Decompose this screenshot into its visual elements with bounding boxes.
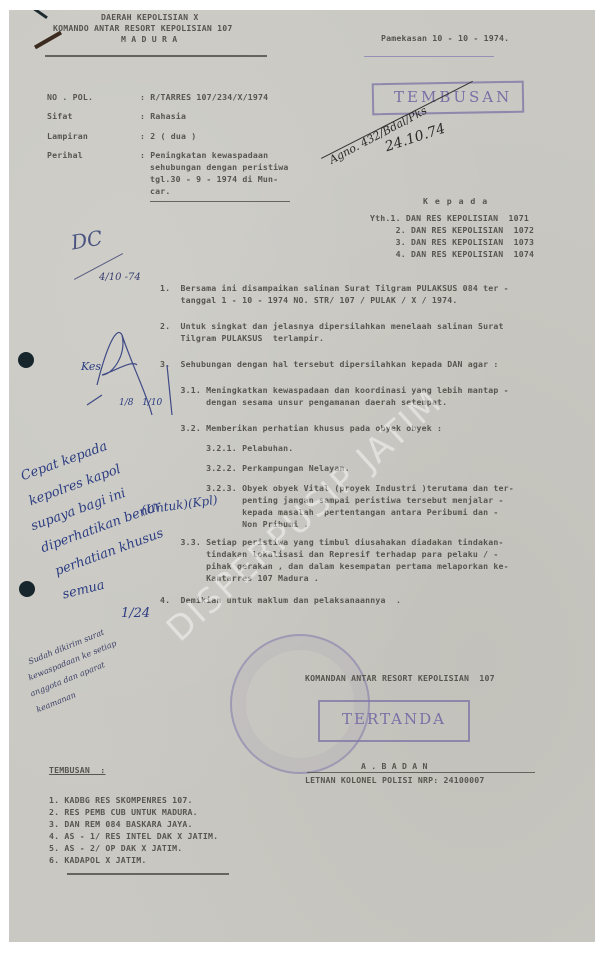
- signatory-name: A . B A D A N: [361, 761, 428, 771]
- recipient-item: 4. DAN RES KEPOLISIAN 1074: [370, 249, 534, 259]
- letterhead-line-1: DAERAH KEPOLISIAN X: [101, 12, 198, 22]
- tembusan-item: 4. AS - 1/ RES INTEL DAK X JATIM.: [49, 831, 218, 841]
- stamp-line: [364, 56, 494, 57]
- tertanda-stamp-text: TERTANDA: [342, 710, 446, 728]
- meta-value: : 2 ( dua ): [140, 131, 196, 141]
- tembusan-item: 3. DAN REM 084 BASKARA JAYA.: [49, 819, 193, 829]
- meta-value: : Peningkatan kewaspadaan: [140, 150, 268, 160]
- body-line: tindakan lokalisasi dan Represif terhada…: [160, 549, 499, 559]
- side-marks: 1/8 1/10: [119, 398, 162, 408]
- letterhead-line-3: M A D U R A: [121, 34, 177, 44]
- letterhead-line-2: KOMANDO ANTAR RESORT KEPOLISIAN 107: [53, 23, 233, 33]
- signature-rule: [307, 772, 535, 773]
- tembusan-item: 5. AS - 2/ OP DAK X JATIM.: [49, 843, 182, 853]
- meta-label: Sifat: [47, 111, 73, 121]
- recipient-item: 3. DAN RES KEPOLISIAN 1073: [370, 237, 534, 247]
- tembusan-item: 1. KADBG RES SKOMPENRES 107.: [49, 795, 193, 805]
- tembusan-underline: [67, 873, 229, 875]
- recipient-item: 2. DAN RES KEPOLISIAN 1072: [370, 225, 534, 235]
- body-line: 3.2.2. Perkampungan Nelayan.: [160, 463, 350, 473]
- punch-hole: [18, 352, 34, 368]
- staple-mark: [34, 31, 62, 49]
- place-date: Pamekasan 10 - 10 - 1974.: [381, 33, 509, 43]
- staple-mark: [28, 10, 48, 19]
- body-line: 3.1. Meningkatkan kewaspadaan dan koordi…: [160, 385, 509, 395]
- perihal-line: car.: [150, 186, 171, 196]
- margin-note-line: semua: [61, 578, 106, 603]
- tembusan-item: 6. KADAPOL X JATIM.: [49, 855, 146, 865]
- signatory-rank: LETNAN KOLONEL POLISI NRP: 24100007: [305, 775, 485, 785]
- punch-hole: [19, 581, 35, 597]
- tembusan-label: TEMBUSAN :: [49, 765, 105, 775]
- handwritten-initials: DC: [69, 225, 104, 254]
- paraf-text: Kes: [81, 360, 101, 373]
- perihal-line: tgl.30 - 9 - 1974 di Mun-: [150, 174, 278, 184]
- perihal-line: sehubungan dengan peristiwa: [150, 162, 289, 172]
- meta-value: : R/TARRES 107/234/X/1974: [140, 92, 268, 102]
- signature-title: KOMANDAN ANTAR RESORT KEPOLISIAN 107: [305, 673, 495, 683]
- body-line: tanggal 1 - 10 - 1974 NO. STR/ 107 / PUL…: [160, 295, 458, 305]
- body-line: 3.3. Setiap peristiwa yang timbul diusah…: [160, 537, 504, 547]
- tembusan-item: 2. RES PEMB CUB UNTUK MADURA.: [49, 807, 198, 817]
- body-line: pihak gerakan , dan dalam kesempatan per…: [160, 561, 509, 571]
- body-line: 3. Sehubungan dengan hal tersebut dipers…: [160, 359, 499, 369]
- body-line: 3.2.1. Pelabuhan.: [160, 443, 293, 453]
- kepada-label: K e p a d a: [423, 196, 488, 206]
- meta-label: Perihal: [47, 150, 83, 160]
- sign-date: 1/24: [121, 606, 150, 621]
- body-line: 2. Untuk singkat dan jelasnya dipersilah…: [160, 321, 504, 331]
- scanned-letter: DAERAH KEPOLISIAN X KOMANDO ANTAR RESORT…: [9, 10, 595, 942]
- meta-value: : Rahasia: [140, 111, 186, 121]
- perihal-underline: [150, 201, 290, 202]
- letterhead-underline: [45, 55, 267, 57]
- handwritten-date: 4/10 -74: [99, 272, 141, 283]
- body-line: 1. Bersama ini disampaikan salinan Surat…: [160, 283, 509, 293]
- recipient-item: Yth.1. DAN RES KEPOLISIAN 1071: [370, 213, 529, 223]
- meta-label: Lampiran: [47, 131, 88, 141]
- meta-label: NO . POL.: [47, 92, 93, 102]
